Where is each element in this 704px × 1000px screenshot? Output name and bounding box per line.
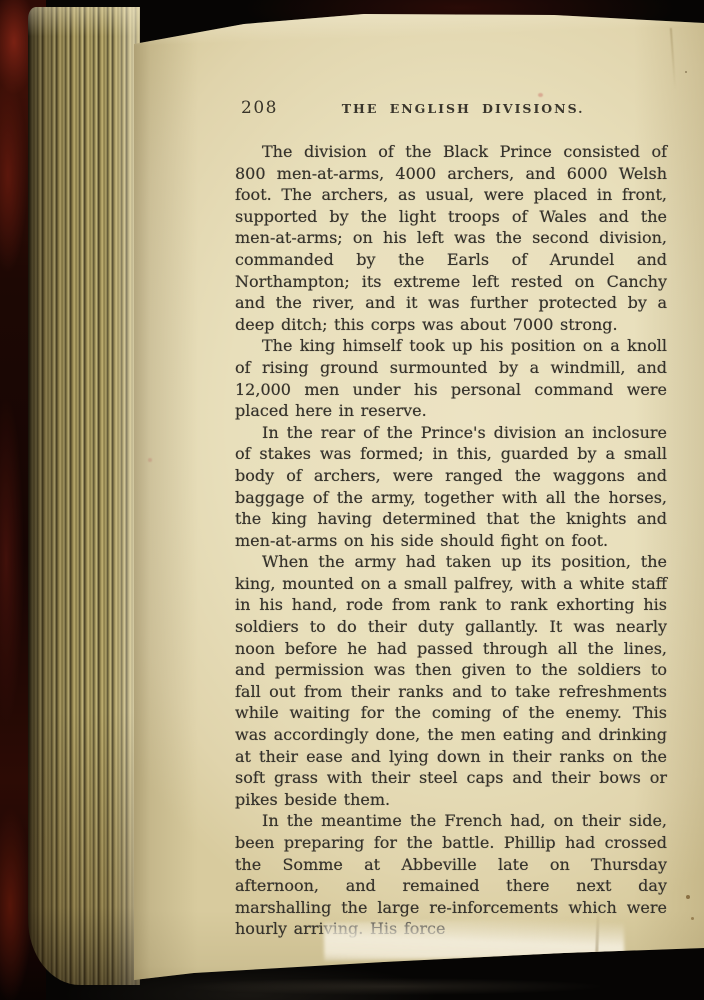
paper-speck — [148, 458, 152, 462]
book-page-edges — [28, 7, 140, 985]
table-shadow-sheen — [180, 978, 600, 995]
running-header: THE ENGLISH DIVISIONS. — [342, 101, 585, 116]
under-page-edge-highlight — [324, 917, 625, 960]
page-header: 208 THE ENGLISH DIVISIONS. — [235, 98, 667, 122]
page-body: The division of the Black Prince consist… — [235, 141, 667, 940]
paragraph-3: In the rear of the Prince's division an … — [235, 422, 667, 552]
book-page: 208 THE ENGLISH DIVISIONS. The division … — [134, 0, 704, 1000]
paper-speck — [685, 71, 687, 73]
paragraph-2: The king himself took up his position on… — [235, 335, 667, 421]
paper-speck — [686, 895, 690, 899]
page-top-corner-edge-line — [670, 28, 676, 90]
paper-speck — [538, 93, 543, 97]
book-photo: 208 THE ENGLISH DIVISIONS. The division … — [0, 0, 704, 1000]
paper-speck — [691, 917, 694, 920]
page-number: 208 — [241, 98, 278, 118]
paragraph-4: When the army had taken up its position,… — [235, 551, 667, 810]
paragraph-1: The division of the Black Prince consist… — [235, 141, 667, 335]
